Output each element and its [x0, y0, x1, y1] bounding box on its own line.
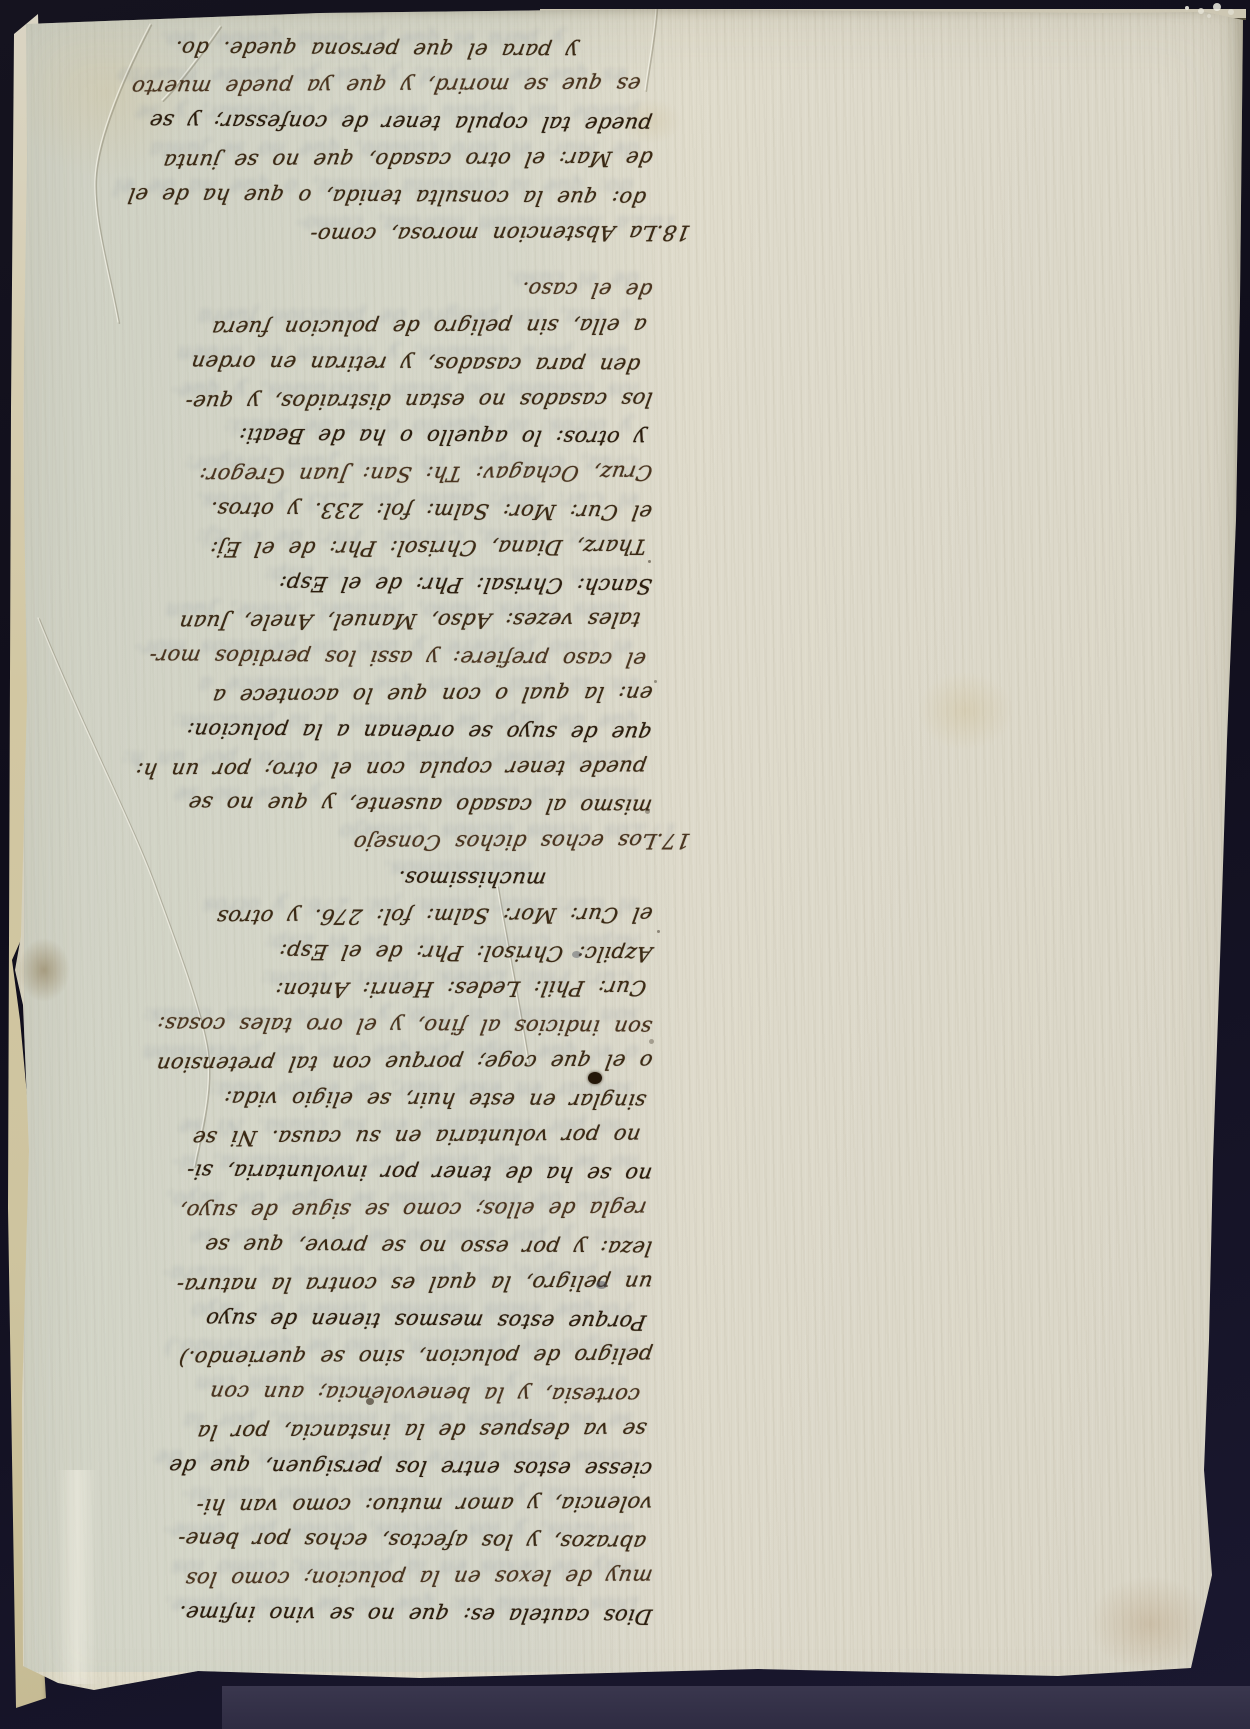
manuscript-line-text: un peligro, la qual es contra la natura- [174, 1270, 654, 1297]
paragraph-number: 18. [653, 213, 693, 250]
stain [618, 98, 682, 144]
manuscript-line-text: puede tener copula con el otro; por un h… [120, 747, 634, 771]
manuscript-line: tales vezes: Adso, Manuel, Anele, Juan [16, 593, 638, 630]
manuscript-line: el caso prefiere: y assi los perdidos mo… [16, 629, 638, 666]
manuscript-line-text: Cur: Phil: Ledes: Henri: Anton: [259, 967, 633, 991]
manuscript-line-text: en: la qual o con que lo acontece a [197, 673, 640, 697]
manuscript-line: abrazos, y los afectos, echos por bene- [30, 1523, 652, 1560]
manuscript-line: se va despues de la instancia, por la [16, 1402, 638, 1439]
manuscript-line-text: es que se morird, y que ya puede muerto [116, 64, 628, 88]
manuscript-line-text: den para casados, y retiran en orden [189, 350, 642, 377]
manuscript-line-text: el Cur: Mor: Salm: fol: 276. y otros [201, 894, 640, 918]
manuscript-line-text: a ella, sin peligro de polucion fuera [210, 314, 649, 341]
manuscript-line: regla de ellos; como se sigue de suyo, [16, 1181, 638, 1218]
manuscript-line: Cruz, Ochagav: Th: San: Juan Gregor: [16, 446, 638, 483]
manuscript-line-text: Los echos dichos Consejo [337, 820, 643, 844]
manuscript-line-text: volencia, y amor mutuo: como van hi- [194, 1491, 654, 1518]
manuscript-line-text: muy de lexos en la polucion; como los [183, 1565, 654, 1592]
manuscript-line: un peligro, la qual es contra la natura- [16, 1255, 638, 1292]
stain [1088, 1576, 1212, 1672]
manuscript-line-text: puede tal copula tener de confessar; y s… [133, 101, 640, 125]
manuscript-line: el Cur: Mor: Salm: fol: 233. y otros. [16, 482, 638, 519]
manuscript-line-text: Porque estos mesmos tienen de suyo [189, 1299, 633, 1323]
manuscript-line: los casados no estan distraidos, y que- [16, 372, 638, 409]
manuscript-line: un peligro, la qual es contra la natura- [30, 1265, 652, 1302]
manuscript-line: Porque estos mesmos tienen de suyo [16, 1292, 638, 1329]
manuscript-line: el Cur: Mor: Salm: fol: 276. y otros [30, 897, 652, 934]
manuscript-line-text: La Abstencion morosa, como- [308, 220, 658, 246]
manuscript-line-text: abrazos, y los afectos, echos por bene- [162, 1519, 634, 1543]
manuscript-line: y otros: lo aquello o ha de Beati: [30, 419, 652, 456]
manuscript-line-text: el caso prefiere: y assi los perdidos mo… [133, 636, 634, 660]
manuscript-line-text: do: que la consulta tenida, o que ha de … [126, 183, 648, 211]
manuscript-line: o el que coge; porque con tal pretension [30, 1044, 652, 1081]
manuscript-line: no por voluntaria en su causa. Ni se [16, 1108, 638, 1145]
manuscript-line-text: regla de ellos; como se sigue de suyo, [177, 1197, 648, 1224]
manuscript-line-text: puede tal copula tener de confessar; y s… [147, 109, 653, 137]
manuscript-line: regla de ellos; como se sigue de suyo, [30, 1191, 652, 1228]
stain [10, 8, 200, 178]
manuscript-line-text: se va despues de la instancia, por la [195, 1418, 648, 1445]
manuscript-line: a ella, sin peligro de polucion fuera [30, 308, 652, 345]
manuscript-line-text: un peligro, la qual es contra la natura- [161, 1262, 640, 1286]
manuscript-line: cortesia, y la benevolencia; aun con [30, 1375, 652, 1412]
manuscript-line-text: el Cur: Mor: Salm: fol: 276. y otros [214, 903, 654, 930]
manuscript-line: mismo al casado ausente, y que no se [16, 777, 638, 814]
manuscript-line: Dios cautela es: que no se vino infime. [30, 1596, 652, 1633]
manuscript-line-text: se va despues de la instancia, por la [181, 1409, 633, 1433]
manuscript-line: el Cur: Mor: Salm: fol: 276. y otros [16, 887, 638, 924]
edge-chalk-marks [1185, 6, 1189, 10]
paragraph-number: 17. [653, 822, 693, 859]
manuscript-line: volencia, y amor mutuo: como van hi- [16, 1476, 638, 1513]
manuscript-line-text: den para casados, y retiran en orden [175, 342, 628, 366]
ink-show-through: Dios cautela es: que no se vino infime.m… [16, 38, 638, 1623]
manuscript-line: 18.La Abstencion morosa, como- [16, 205, 638, 242]
ink-blot [596, 1281, 607, 1289]
manuscript-line-text: de el caso. [519, 278, 654, 303]
manuscript-line: no se ha de tener por involuntaria, si- [30, 1155, 652, 1192]
manuscript-line-text: los casados no estan distraidos, y que- [183, 387, 654, 414]
manuscript-line-text: de el caso. [505, 268, 640, 292]
manuscript-line-text: ciesse estos entre los persiguen, que de [167, 1454, 654, 1481]
manuscript-line: muy de lexos en la polucion; como los [16, 1549, 638, 1586]
manuscript-line: Sanch: Chrisal: Phr: de el Esp: [30, 566, 652, 603]
handwriting-block: Dios cautela es: que no se vino infime.m… [30, 48, 652, 1633]
manuscript-line-text: Dios cautela es: que no se vino infime. [176, 1601, 653, 1628]
manuscript-line: muchissimos. [30, 860, 652, 897]
manuscript-line: 17.Los echos dichos Consejo [16, 813, 638, 850]
manuscript-line: muchissimos. [16, 850, 638, 887]
ink-blot [588, 1072, 602, 1084]
manuscript-line: ciesse estos entre los persiguen, que de [30, 1449, 652, 1486]
manuscript-line-text: que de suyo se ordenan a la polucion: [170, 710, 640, 734]
manuscript-line-text: do: que la consulta tenida, o que ha de … [112, 175, 634, 199]
manuscript-line-text: en: la qual o con que lo acontece a [210, 682, 654, 709]
manuscript-line-text: no por voluntaria en su causa. Ni se [177, 1115, 628, 1139]
manuscript-line-text: peligro de polucion, sino se queriendo.) [177, 1344, 654, 1371]
manuscript-line: den para casados, y retiran en orden [30, 345, 652, 382]
manuscript-line: puede tener copula con el otro; por un h… [16, 740, 638, 777]
manuscript-line-text: Dios cautela es: que no se vino infime. [162, 1593, 640, 1617]
manuscript-line: a ella, sin peligro de polucion fuera [16, 298, 638, 335]
manuscript-line-text: el Cur: Mor: Salm: fol: 233. y otros. [208, 498, 654, 525]
manuscript-line: de Mar: el otro casado, que no se junta [30, 141, 652, 178]
manuscript-line-text: y para el que persona quede. do. [159, 28, 566, 52]
manuscript-line: ciesse estos entre los persiguen, que de [16, 1439, 638, 1476]
manuscript-line-text: Azpilc: Chrisol: Phr: de el Esp: [263, 931, 640, 955]
manuscript-line: do: que la consulta tenida, o que ha de … [16, 168, 638, 205]
manuscript-line: singlar en este huir, se eligio vida: [16, 1071, 638, 1108]
manuscript-line-text: mismo al casado ausente, y que no se [186, 792, 653, 819]
paper-sheet: Dios cautela es: que no se vino infime.m… [0, 0, 1250, 1729]
manuscript-line: y para el que persona quede. do. [30, 31, 652, 68]
manuscript-line: Cruz, Ochagav: Th: San: Juan Gregor: [30, 456, 652, 493]
manuscript-line-text: Cur: Phil: Ledes: Henri: Anton: [273, 976, 648, 1002]
manuscript-line: Cur: Phil: Ledes: Henri: Anton: [30, 971, 652, 1008]
manuscript-line-text: ciesse estos entre los persiguen, que de [153, 1446, 640, 1470]
manuscript-line: de el caso. [16, 262, 638, 299]
manuscript-line: volencia, y amor mutuo: como van hi- [30, 1486, 652, 1523]
manuscript-line: leza: y por esso no se prove, que se [30, 1228, 652, 1265]
manuscript-line: es que se morird, y que ya puede muerto [30, 68, 652, 105]
manuscript-line: el caso prefiere: y assi los perdidos mo… [30, 639, 652, 676]
manuscript-line: en: la qual o con que lo acontece a [30, 676, 652, 713]
scanner-tray-strip [222, 1686, 1250, 1729]
ink-blot [366, 1398, 374, 1405]
manuscript-line: de Mar: el otro casado, que no se junta [16, 131, 638, 168]
manuscript-line: Tharz, Diana, Chrisol: Phr: de el Ej: [16, 519, 638, 556]
manuscript-line: abrazos, y los afectos, echos por bene- [16, 1513, 638, 1550]
manuscript-line: son indicios al fino, y el oro tales cos… [16, 997, 638, 1034]
manuscript-line-text: que de suyo se ordenan a la polucion: [184, 718, 653, 745]
manuscript-line-text: no por voluntaria en su causa. Ni se [190, 1123, 642, 1150]
manuscript-line-text: Cruz, Ochagav: Th: San: Juan Gregor: [183, 452, 639, 476]
manuscript-line-text: muchissimos. [396, 867, 548, 892]
manuscript-line: los casados no estan distraidos, y que- [30, 382, 652, 419]
manuscript-line: leza: y por esso no se prove, que se [16, 1218, 638, 1255]
manuscript-line: peligro de polucion, sino se queriendo.) [30, 1339, 652, 1376]
manuscript-line: cortesia, y la benevolencia; aun con [16, 1365, 638, 1402]
manuscript-line-text: cortesia, y la benevolencia; aun con [194, 1372, 628, 1396]
manuscript-line-text: Tharz, Diana, Chrisol: Phr: de el Ej: [208, 535, 648, 562]
manuscript-line-text: de Mar: el otro casado, que no se junta [161, 146, 654, 173]
manuscript-line: Porque estos mesmos tienen de suyo [30, 1302, 652, 1339]
paragraph-number: 17. [639, 813, 679, 850]
manuscript-line-text: abrazos, y los afectos, echos por bene- [176, 1528, 648, 1555]
manuscript-line-text: peligro de polucion, sino se queriendo.) [163, 1335, 640, 1359]
scanned-page: Dios cautela es: que no se vino infime.m… [0, 0, 1250, 1729]
manuscript-line: 17.Los echos dichos Consejo [30, 823, 652, 860]
manuscript-line-text: muy de lexos en la polucion; como los [170, 1556, 640, 1580]
manuscript-line: tales vezes: Adso, Manuel, Anele, Juan [30, 603, 652, 640]
manuscript-line: den para casados, y retiran en orden [16, 335, 638, 372]
manuscript-line-text: Los echos dichos Consejo [351, 829, 658, 855]
manuscript-line: no se ha de tener por involuntaria, si- [16, 1145, 638, 1182]
manuscript-line: do: que la consulta tenida, o que ha de … [30, 178, 652, 215]
manuscript-line-text: Porque estos mesmos tienen de suyo [204, 1307, 648, 1334]
manuscript-line-text: son indicios al fino, y el oro tales cos… [141, 1004, 640, 1028]
manuscript-line: no por voluntaria en su causa. Ni se [30, 1118, 652, 1155]
ink-specks [648, 560, 651, 563]
manuscript-line: mismo al casado ausente, y que no se [30, 787, 652, 824]
manuscript-line-text: leza: y por esso no se prove, que se [189, 1225, 640, 1249]
manuscript-line-text: cortesia, y la benevolencia; aun con [208, 1381, 642, 1408]
manuscript-line: Tharz, Diana, Chrisol: Phr: de el Ej: [30, 529, 652, 566]
manuscript-line-text: y otros: lo aquello o ha de Beati: [237, 424, 648, 451]
manuscript-line-text: tales vezes: Adso, Manuel, Anele, Juan [163, 599, 627, 623]
manuscript-line: o el que coge; porque con tal pretension [16, 1034, 638, 1071]
manuscript-line-text: singlar en este huir, se eligio vida: [222, 1086, 648, 1113]
stain [18, 938, 70, 1002]
paragraph-number: 18. [639, 205, 679, 242]
manuscript-line-text: leza: y por esso no se prove, que se [203, 1233, 654, 1260]
manuscript-line-text: los casados no estan distraidos, y que- [169, 379, 639, 403]
manuscript-line-text: mismo al casado ausente, y que no se [172, 783, 640, 807]
manuscript-line: singlar en este huir, se eligio vida: [30, 1081, 652, 1118]
manuscript-line-text: Cruz, Ochagav: Th: San: Juan Gregor: [197, 461, 654, 488]
manuscript-line: peligro de polucion, sino se queriendo.) [16, 1329, 638, 1366]
manuscript-line: Cur: Phil: Ledes: Henri: Anton: [16, 961, 638, 998]
manuscript-line: el Cur: Mor: Salm: fol: 233. y otros. [30, 492, 652, 529]
manuscript-line-text: Sanch: Chrisal: Phr: de el Esp: [277, 571, 654, 598]
manuscript-line-text: o el que coge; porque con tal pretension [154, 1050, 654, 1077]
manuscript-line: muy de lexos en la polucion; como los [30, 1559, 652, 1596]
manuscript-line: son indicios al fino, y el oro tales cos… [30, 1007, 652, 1044]
manuscript-line: en: la qual o con que lo acontece a [16, 666, 638, 703]
manuscript-line-text: puede tener copula con el otro; por un h… [133, 755, 648, 782]
manuscript-line-text: Sanch: Chrisal: Phr: de el Esp: [263, 563, 640, 587]
manuscript-line: Sanch: Chrisal: Phr: de el Esp: [16, 556, 638, 593]
manuscript-line-text: Tharz, Diana, Chrisol: Phr: de el Ej: [194, 526, 634, 550]
manuscript-line-text: La Abstencion morosa, como- [294, 212, 644, 236]
manuscript-line-text: y para el que persona quede. do. [173, 36, 580, 63]
manuscript-line: que de suyo se ordenan a la polucion: [16, 703, 638, 740]
manuscript-line-text: no se ha de tener por involuntaria, si- [185, 1160, 654, 1187]
stain [918, 672, 1014, 750]
manuscript-line-text: singlar en este huir, se eligio vida: [208, 1078, 634, 1102]
manuscript-line: y para el que persona quede. do. [16, 21, 638, 58]
manuscript-line: puede tener copula con el otro; por un h… [30, 750, 652, 787]
manuscript-line: y otros: lo aquello o ha de Beati: [16, 409, 638, 446]
manuscript-line: 18.La Abstencion morosa, como- [30, 215, 652, 252]
manuscript-line: de el caso. [30, 272, 652, 309]
manuscript-line: Dios cautela es: que no se vino infime. [16, 1586, 638, 1623]
paper-pale-band [56, 1470, 98, 1684]
ink-blot [572, 951, 581, 958]
manuscript-line-text: el Cur: Mor: Salm: fol: 233. y otros. [194, 489, 640, 513]
manuscript-line-text: o el que coge; porque con tal pretension [141, 1041, 640, 1065]
manuscript-line-text: tales vezes: Adso, Manuel, Anele, Juan [177, 608, 642, 635]
manuscript-line-text: regla de ellos; como se sigue de suyo, [163, 1188, 634, 1212]
manuscript-line: puede tal copula tener de confessar; y s… [16, 94, 638, 131]
manuscript-line-text: son indicios al fino, y el oro tales cos… [155, 1013, 654, 1040]
manuscript-line: Azpilc: Chrisol: Phr: de el Esp: [30, 934, 652, 971]
manuscript-line: se va despues de la instancia, por la [30, 1412, 652, 1449]
manuscript-line-text: es que se morird, y que ya puede muerto [129, 73, 642, 100]
manuscript-line: es que se morird, y que ya puede muerto [16, 58, 638, 95]
manuscript-line-text: el caso prefiere: y assi los perdidos mo… [147, 645, 648, 672]
manuscript-line: puede tal copula tener de confessar; y s… [30, 104, 652, 141]
manuscript-line-text: de Mar: el otro casado, que no se junta [147, 138, 639, 162]
text-column-tint [24, 10, 686, 1672]
crease-lines [0, 0, 1250, 1729]
manuscript-line-text: a ella, sin peligro de polucion fuera [196, 305, 634, 329]
manuscript-line: Azpilc: Chrisol: Phr: de el Esp: [16, 924, 638, 961]
manuscript-line-text: muchissimos. [382, 857, 534, 881]
manuscript-line-text: Azpilc: Chrisol: Phr: de el Esp: [277, 939, 654, 966]
manuscript-line-text: volencia, y amor mutuo: como van hi- [180, 1483, 639, 1507]
manuscript-line: que de suyo se ordenan a la polucion: [30, 713, 652, 750]
manuscript-line-text: y otros: lo aquello o ha de Beati: [223, 416, 634, 440]
manuscript-line-text: no se ha de tener por involuntaria, si- [170, 1151, 639, 1175]
